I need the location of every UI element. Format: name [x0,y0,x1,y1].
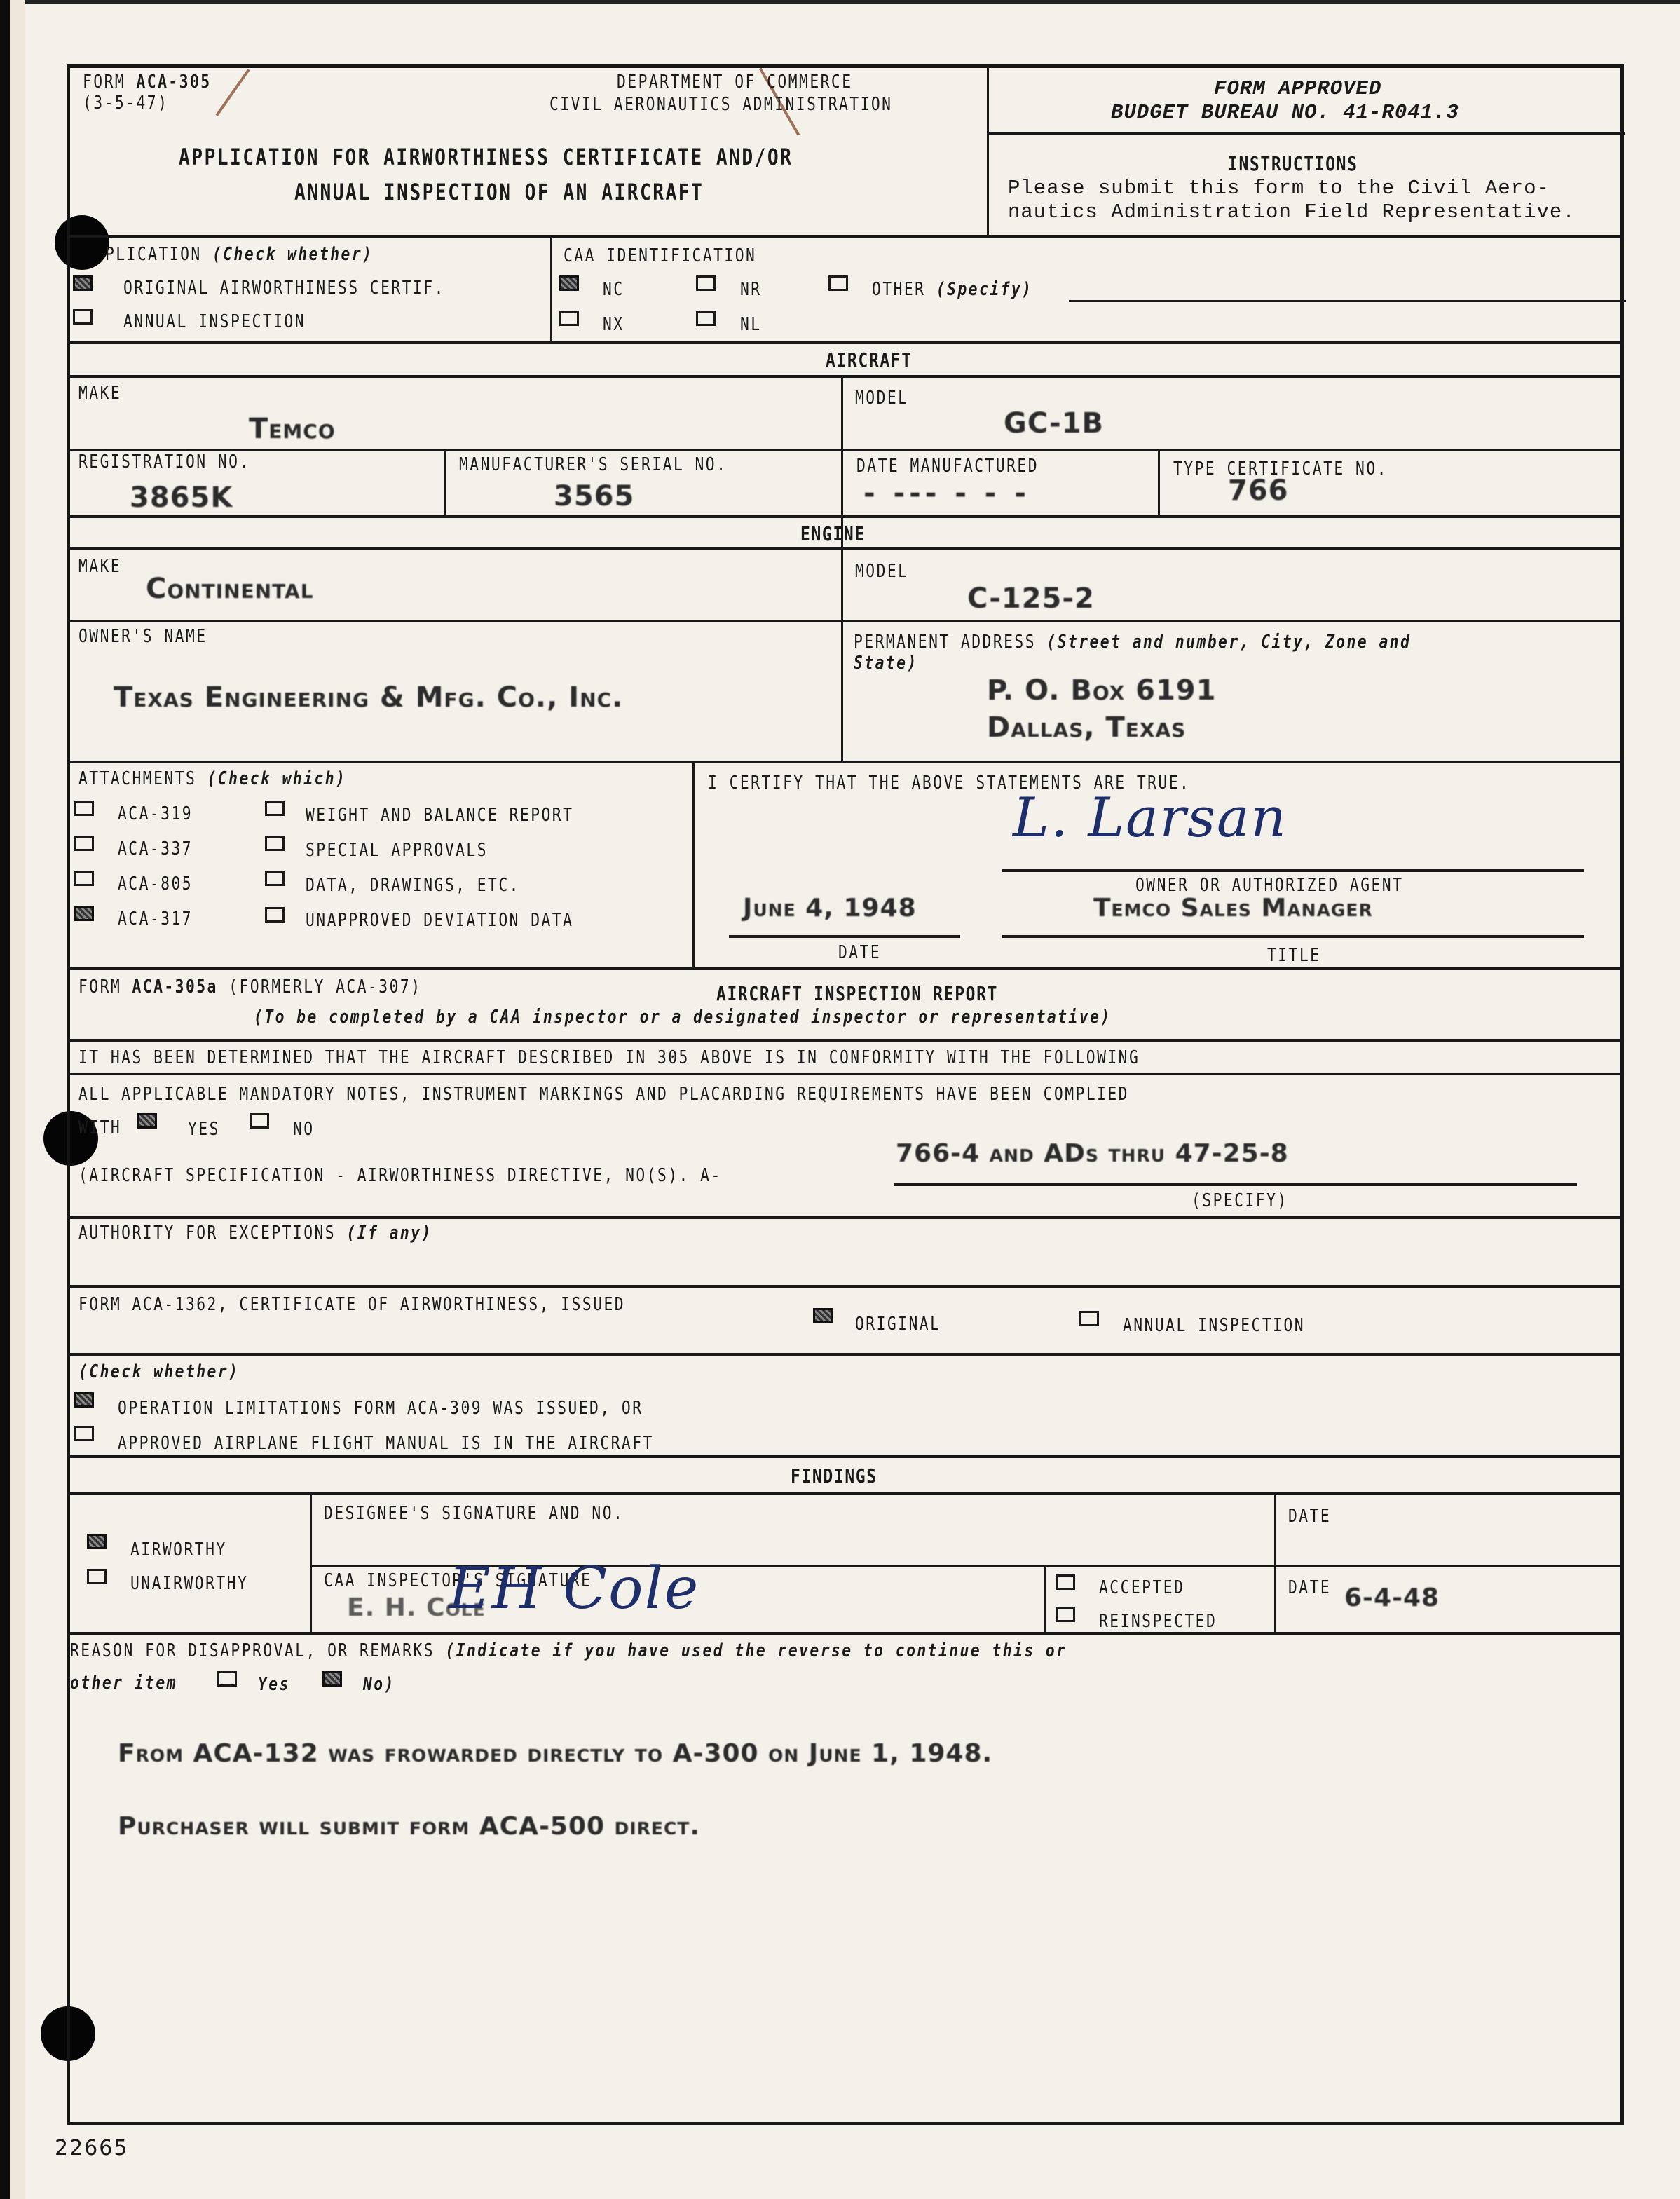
accepted-checkbox[interactable] [1056,1574,1075,1590]
engine-make-label: MAKE [78,557,121,576]
remarks-label: REASON FOR DISAPPROVAL, OR REMARKS (Indi… [70,1642,1067,1660]
title-line [1002,935,1584,938]
nl-label: NL [740,315,762,334]
serial-value: 3565 [554,482,634,510]
divider [67,1039,1624,1042]
owner-value: Texas Engineering & Mfg. Co., Inc. [114,683,623,712]
data-drawings-checkbox[interactable] [265,871,285,886]
annual-inspection-label: ANNUAL INSPECTION [123,313,306,331]
date-manufactured-value: - --- - - - [863,479,1030,508]
aircraft-model-label: MODEL [855,389,908,407]
address-hint: State) [854,654,918,672]
type-certificate-value: 766 [1228,477,1289,505]
remarks-line-2: Purchaser will submit form ACA-500 direc… [118,1814,700,1839]
flight-manual-checkbox[interactable] [74,1426,94,1441]
registration-label: REGISTRATION NO. [78,453,250,471]
attachments-label: ATTACHMENTS (Check which) [78,770,346,788]
divider [550,235,552,341]
divider [692,761,695,967]
other-label: OTHER (Specify) [872,280,1032,299]
registration-value: 3865K [130,484,233,512]
unairworthy-checkbox[interactable] [87,1569,107,1584]
special-approvals-label: SPECIAL APPROVALS [306,841,488,859]
date-line [729,935,960,938]
certify-title-value: Temco Sales Manager [1093,896,1373,921]
divider [67,1353,1624,1356]
address-line2: Dallas, Texas [987,714,1186,742]
nc-label: NC [603,280,624,299]
signature-line [1002,869,1584,872]
remarks-line-1: From ACA-132 was frowarded directly to A… [118,1741,992,1766]
unairworthy-label: UNAIRWORTHY [130,1574,248,1593]
reinspected-label: REINSPECTED [1099,1612,1217,1630]
mandatory-yes-checkbox[interactable] [137,1113,157,1129]
divider [841,547,843,761]
inspection-form-no: FORM ACA-305a (FORMERLY ACA-307) [78,978,421,996]
approval-divider [987,132,1625,135]
certify-date-value: June 4, 1948 [743,896,917,921]
aircraft-make-value: Temco [249,415,336,443]
mandatory-with-label: WITH [78,1119,121,1137]
nx-checkbox[interactable] [559,311,579,326]
airworthy-label: AIRWORTHY [130,1541,227,1559]
divider [841,375,843,547]
divider [67,547,1624,550]
other-specify-field[interactable] [1069,300,1626,302]
nr-checkbox[interactable] [696,275,716,291]
spec-value: 766-4 and ADs thru 47-25-8 [896,1141,1289,1166]
form-approved: FORM APPROVED [1214,79,1381,99]
accepted-label: ACCEPTED [1099,1579,1184,1597]
divider [67,235,1624,238]
cert-original-checkbox[interactable] [813,1308,833,1323]
nx-label: NX [603,315,624,334]
other-checkbox[interactable] [828,275,848,291]
address-label: PERMANENT ADDRESS (Street and number, Ci… [854,633,1411,651]
divider [310,1492,312,1632]
reverse-yes-checkbox[interactable] [217,1671,237,1687]
inspection-report-subtitle: (To be completed by a CAA inspector or a… [254,1008,1112,1026]
divider [67,1285,1624,1288]
form-title-line1: APPLICATION FOR AIRWORTHINESS CERTIFICAT… [179,146,793,168]
cert-original-label: ORIGINAL [855,1315,941,1333]
reinspected-checkbox[interactable] [1056,1607,1075,1622]
divider [67,1073,1624,1075]
document-number: 22665 [55,2138,128,2159]
special-approvals-checkbox[interactable] [265,836,285,851]
divider [67,375,1624,378]
owner-signature: L. Larsan [1013,791,1288,845]
divider [67,1216,1624,1219]
divider [67,449,1624,451]
header-divider [987,64,989,235]
instructions-text: nautics Administration Field Representat… [1008,202,1576,222]
original-airworthiness-checkbox[interactable] [73,275,93,291]
engine-model-label: MODEL [855,562,908,580]
unapproved-deviation-label: UNAPPROVED DEVIATION DATA [306,911,573,930]
certificate-issued-label: FORM ACA-1362, CERTIFICATE OF AIRWORTHIN… [78,1295,625,1314]
inspection-report-title: AIRCRAFT INSPECTION REPORT [716,984,998,1004]
spec-label: (AIRCRAFT SPECIFICATION - AIRWORTHINESS … [78,1166,722,1185]
engine-make-value: Continental [146,575,314,603]
inspector-date-label: DATE [1288,1579,1331,1597]
paper-margin [10,0,25,2199]
airworthy-checkbox[interactable] [87,1534,107,1549]
form-date: (3-5-47) [83,94,168,112]
serial-label: MANUFACTURER'S SERIAL NO. [459,456,727,474]
owner-agent-label: OWNER OR AUTHORIZED AGENT [1135,876,1403,894]
nc-checkbox[interactable] [559,275,579,291]
operation-limitations-checkbox[interactable] [74,1392,94,1408]
form-title-line2: ANNUAL INSPECTION OF AN AIRCRAFT [294,181,704,203]
reverse-no-checkbox[interactable] [322,1671,342,1687]
aircraft-section-title: AIRCRAFT [826,350,913,370]
mandatory-yes-label: YES [188,1120,220,1138]
operation-limitations-label: OPERATION LIMITATIONS FORM ACA-309 WAS I… [118,1399,643,1417]
aca-317-label: ACA-317 [118,910,193,928]
divider [1044,1565,1046,1632]
inspector-signature: EH Cole [449,1560,699,1618]
divider [67,341,1624,344]
mandatory-no-checkbox[interactable] [250,1113,269,1129]
aca-317-checkbox[interactable] [74,906,94,921]
aca-337-checkbox[interactable] [74,836,94,851]
check-whether-label: (Check whether) [78,1363,239,1381]
weight-balance-label: WEIGHT AND BALANCE REPORT [306,806,573,824]
date-manufactured-label: DATE MANUFACTURED [856,457,1039,475]
designee-date-label: DATE [1288,1507,1331,1525]
instructions-title: INSTRUCTIONS [1228,154,1358,174]
aca-337-label: ACA-337 [118,840,193,858]
aca-319-checkbox[interactable] [74,801,94,816]
designee-label: DESIGNEE'S SIGNATURE AND NO. [324,1504,624,1523]
divider [67,967,1624,970]
divider [1158,449,1160,515]
mandatory-no-label: NO [293,1120,315,1138]
remarks-hint: other item [70,1674,177,1692]
scan-edge-left [0,0,10,2199]
aca-319-label: ACA-319 [118,805,193,823]
unapproved-deviation-checkbox[interactable] [265,907,285,923]
nl-checkbox[interactable] [696,311,716,326]
instructions-text: Please submit this form to the Civil Aer… [1008,178,1550,198]
address-line1: P. O. Box 6191 [987,676,1216,704]
date-label: DATE [838,944,881,962]
aircraft-make-label: MAKE [78,384,121,402]
reverse-no-label: No) [363,1675,395,1694]
authority-label: AUTHORITY FOR EXCEPTIONS (If any) [78,1224,432,1242]
aca-805-label: ACA-805 [118,875,193,893]
divider [67,620,1624,622]
annual-inspection-checkbox[interactable] [73,309,93,325]
divider [444,449,446,515]
divider [67,761,1624,763]
aca-805-checkbox[interactable] [74,871,94,886]
nr-label: NR [740,280,762,299]
form-number: FORM ACA-305 [83,73,212,91]
engine-section-title: ENGINE [800,524,866,544]
caa-id-label: CAA IDENTIFICATION [564,247,756,265]
budget-bureau-no: BUDGET BUREAU NO. 41-R041.3 [1111,102,1459,123]
reverse-yes-label: Yes [258,1675,290,1694]
engine-model-value: C-125-2 [967,585,1095,613]
spec-field-line [894,1183,1577,1186]
scan-edge-top [0,0,1680,4]
cert-annual-label: ANNUAL INSPECTION [1123,1316,1305,1335]
mandatory-notes-statement: ALL APPLICABLE MANDATORY NOTES, INSTRUME… [78,1085,1129,1103]
specify-label: (SPECIFY) [1191,1192,1288,1210]
application-label: PLICATION (Check whether) [105,245,373,264]
aircraft-model-value: GC-1B [1004,409,1104,437]
agency: CIVIL AERONAUTICS ADMINISTRATION [549,95,892,114]
original-airworthiness-label: ORIGINAL AIRWORTHINESS CERTIF. [123,279,445,297]
divider [67,515,1624,518]
inspector-date-value: 6-4-48 [1344,1586,1440,1611]
data-drawings-label: DATA, DRAWINGS, ETC. [306,876,520,894]
flight-manual-label: APPROVED AIRPLANE FLIGHT MANUAL IS IN TH… [118,1434,654,1452]
findings-section-title: FINDINGS [791,1466,877,1486]
divider [67,1492,1624,1495]
cert-annual-checkbox[interactable] [1079,1311,1099,1326]
divider [67,1632,1624,1635]
title-label: TITLE [1267,946,1320,965]
divider [1274,1492,1276,1632]
owner-label: OWNER'S NAME [78,627,207,646]
department: DEPARTMENT OF COMMERCE [617,73,853,91]
divider [67,1455,1624,1458]
weight-balance-checkbox[interactable] [265,801,285,816]
conformity-statement: IT HAS BEEN DETERMINED THAT THE AIRCRAFT… [78,1049,1140,1067]
